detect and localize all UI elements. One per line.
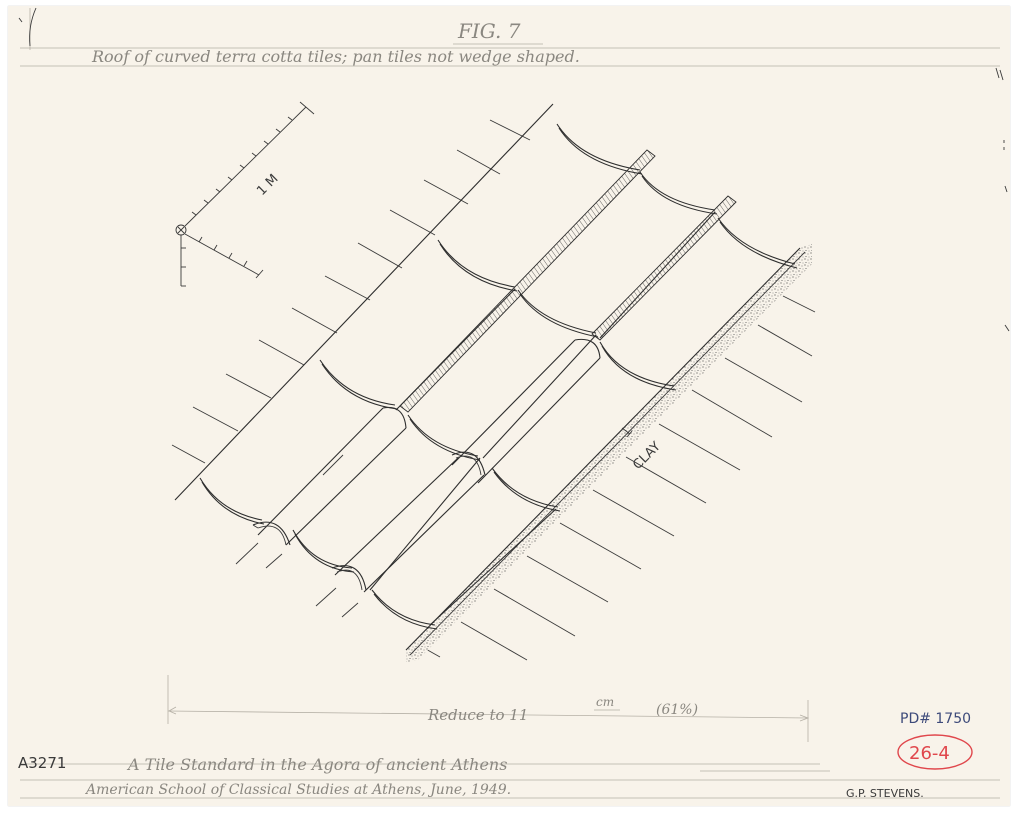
roof-tile-drawing: FIG. 7 Roof of curved terra cotta tiles;…: [0, 0, 1024, 821]
cover-tile-ridge-1: [400, 150, 655, 412]
cover-tile-2: [323, 339, 600, 483]
pencil-rulings: [20, 8, 1000, 798]
archive-number: PD# 1750: [900, 711, 971, 727]
rafters-left: [172, 120, 530, 463]
caption: Roof of curved terra cotta tiles; pan ti…: [91, 47, 580, 66]
reduce-note-unit: cm: [596, 695, 614, 709]
title-line-1: A Tile Standard in the Agora of ancient …: [126, 755, 507, 774]
clay-bed: [406, 244, 812, 662]
pan-tile-joints: [200, 124, 797, 629]
author: G.P. STEVENS.: [846, 787, 924, 800]
cover-tile-3: [316, 458, 484, 617]
scale-label: 1 M: [254, 172, 281, 199]
figure-label: FIG. 7: [457, 19, 521, 43]
edge-marks: [996, 68, 1009, 331]
title-line-2: American School of Classical Studies at …: [84, 782, 511, 798]
clay-label: CLAY: [630, 439, 664, 473]
corner-marks: [19, 8, 36, 46]
stamp-number: 26-4: [909, 743, 950, 764]
catalog-number: A3271: [18, 754, 66, 772]
scale-bar: 1 M: [176, 102, 314, 286]
cover-tile-1: [236, 407, 406, 568]
reduce-note-ratio: (61%): [656, 702, 698, 718]
reduce-note-text: Reduce to 11: [427, 706, 528, 724]
roof-edge-left: [175, 104, 553, 500]
